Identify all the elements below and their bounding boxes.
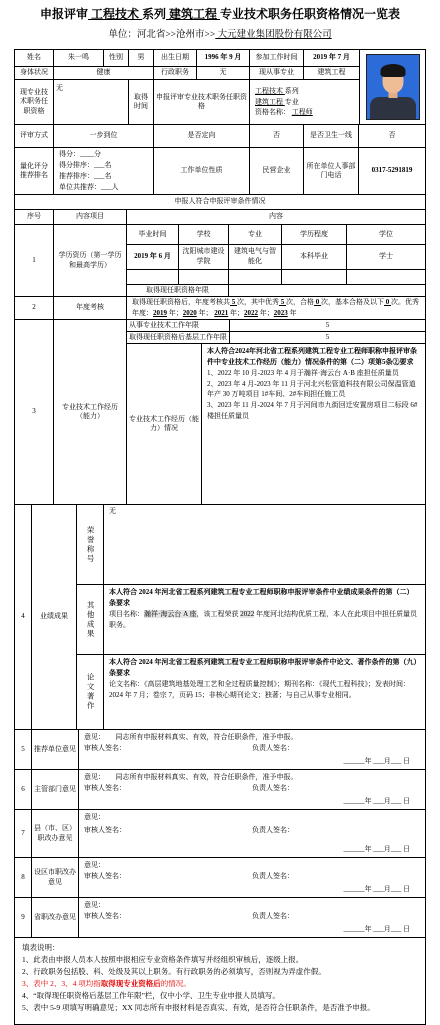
honor-row: 荣誉称号 无 [77, 505, 425, 585]
admin-duty-value: 无 [197, 67, 250, 80]
leader-signature-label: 负责人签名： [252, 911, 294, 922]
paper-label-text: 论文著作 [85, 673, 95, 711]
work-years-label: 从事专业技术工作年限 [127, 320, 230, 332]
note-line-1: 1、此表由申报人员本人按照申报相应专业资格条件填写并经组织审核后，逐级上报。 [22, 954, 418, 966]
reviewer-signature-label: 审核人签名： [84, 871, 252, 882]
edu-h-major: 专业 [229, 225, 282, 245]
achievements-item-label: 业绩成果 [32, 505, 77, 730]
other-achievements-statement: 本人符合 2024 年河北省工程系列建筑工程专业工程师职称申报评审条件中业绩成果… [109, 587, 420, 609]
achievements-row: 4 业绩成果 荣誉称号 无 其他成果 本人符合 2024 年河北省工程系列建筑工… [15, 505, 425, 730]
experience-no: 3 [15, 320, 54, 505]
id-photo-cell [360, 50, 425, 125]
quant-recommend-rank-blank: 推荐排序：___名 [59, 171, 148, 182]
experience-item-3: 3、2023 年 11 月-2024 年 7 月于河间市九街回迁安置房项目二标段… [207, 400, 420, 422]
note-line-2: 2、行政职务包括股、科、处级及其以上职务。有行政职务的必须填写，否则视为弄虚作假… [22, 966, 418, 978]
review-mode-row: 评审方式 一步到位 是否定向 否 是否卫生一线 否 [15, 125, 425, 148]
opinion-text: 意见： [84, 812, 420, 823]
id-photo [366, 54, 420, 120]
opinion-text: 意见： [84, 900, 420, 911]
other-achievements-detail: 项目名称：瀚祥·海云台 A 座，该工程荣获 2022 年度河北结构优质工程，本人… [109, 609, 420, 631]
opinion-row-province-office: 9 省职改办意见 意见： 审核人签名： 负责人签名： ______年 ___月_… [15, 898, 425, 938]
work-years-value: 5 [230, 320, 425, 332]
edu-h-grad-time: 毕业时间 [127, 225, 179, 245]
other-achievements-label: 其他成果 [77, 585, 104, 655]
experience-item-1: 1、2022 年 10 月-2023 年 4 月于瀚祥·海云台 A·B 座担任质… [207, 368, 420, 379]
education-subtable: 毕业时间 学校 专业 学历程度 学位 2019 年 6 月 沈阳城市建设学院 建… [127, 225, 425, 297]
date-blank: ______年 ___月___ 日 [84, 924, 420, 935]
notes-box: 填表说明： 1、此表由申报人员本人按照申报相应专业资格条件填写并经组织审核后，逐… [15, 938, 425, 1024]
paper-statement: 本人符合 2024 年河北省工程系列建筑工程专业工程师职称申报评审条件中论文、著… [109, 657, 420, 679]
directional-label: 是否定向 [154, 125, 250, 148]
health-front-label: 是否卫生一线 [304, 125, 359, 148]
gender-label: 性别 [104, 50, 129, 67]
signature-line: 审核人签名： 负责人签名： [84, 743, 420, 754]
basic-row-2: 身体状况 健康 行政职务 无 现从事专业 建筑工程 [15, 67, 360, 80]
current-title-value: 无 [54, 80, 129, 125]
unit-line: 单位：河北省>>沧州市>> 大元建业集团股份有限公司 [14, 29, 426, 42]
opinion-content: 意见： 审核人签名： 负责人签名： ______年 ___月___ 日 [79, 810, 425, 858]
paper-detail: 论文名称：《高层建筑地基处理工艺和全过程质量控制》；期刊名称：《现代工程科技》；… [109, 679, 420, 701]
basic-row-1: 姓名 朱一鸣 性别 男 出生日期 1996 年 9 月 参加工作时间 2019 … [15, 50, 360, 67]
col-item-header: 内容项目 [54, 210, 127, 225]
current-major-value: 建筑工程 [304, 67, 360, 80]
work-years-row: 从事专业技术工作年限 5 [127, 320, 425, 332]
date-blank: ______年 ___月___ 日 [84, 844, 420, 855]
edu-empty-cell [127, 270, 179, 285]
experience-detail-content: 本人符合2024年河北省工程系列建筑工程专业工程师职称申报评审条件中专业技术工作… [202, 344, 425, 505]
annual-review-text: 取得现任职资格后，年度考核共 5 次，其中优秀 5 次，合格 0 次，基本合格及… [127, 297, 425, 320]
leader-signature-label: 负责人签名： [252, 871, 294, 882]
leader-signature-label: 负责人签名： [252, 783, 294, 794]
experience-row: 3 专业技术工作经历（能力） 从事专业技术工作年限 5 取得现任职资格后基层工作… [15, 320, 425, 505]
qual-years-label: 取得现任职资格年限 [127, 285, 229, 297]
opinion-content: 意见： 同志所有申报材料真实、有效，符合任职条件，准予申报。 审核人签名： 负责… [79, 770, 425, 810]
main-table: 姓名 朱一鸣 性别 男 出生日期 1996 年 9 月 参加工作时间 2019 … [14, 49, 426, 1025]
paper-content: 本人符合 2024 年河北省工程系列建筑工程专业工程师职称申报评审条件中论文、著… [104, 655, 425, 730]
employer-type-value: 民营企业 [250, 148, 304, 195]
quant-score-row: 量化评分推荐排名 得分：____分 得分排序：___名 推荐排序：___名 单位… [15, 148, 425, 195]
basic-row-3: 现专业技术职务任职资格 无 取得时间 申报评审专业技术职务任职资格 工程技术 系… [15, 80, 360, 125]
reviewer-signature-label: 审核人签名： [84, 743, 252, 754]
signature-line: 审核人签名： 负责人签名： [84, 871, 420, 882]
opinion-content: 意见： 同志所有申报材料真实、有效，符合任职条件，准予申报。 审核人签名： 负责… [79, 730, 425, 770]
reviewer-signature-label: 审核人签名： [84, 911, 252, 922]
edu-empty-cell [282, 270, 347, 285]
education-no: 1 [15, 225, 54, 297]
health-value: 健康 [54, 67, 154, 80]
opinion-row-recommending-unit: 5 推荐单位意见 意见： 同志所有申报材料真实、有效，符合任职条件，准予申报。 … [15, 730, 425, 770]
work-start-label: 参加工作时间 [250, 50, 304, 67]
hr-phone-value: 0317-5291819 [359, 148, 425, 195]
review-mode-label: 评审方式 [15, 125, 54, 148]
health-label: 身体状况 [15, 67, 54, 80]
quant-score-blank: 得分：____分 [59, 149, 148, 160]
gender-value: 男 [129, 50, 154, 67]
grassroots-years-row: 取得现任职资格后基层工作年限 5 [127, 332, 425, 344]
leader-signature-label: 负责人签名： [252, 743, 294, 754]
opinion-label: 设区市职改办意见 [32, 858, 79, 898]
education-row: 1 学历资历（第一学历和最高学历） 毕业时间 学校 专业 学历程度 学位 201… [15, 225, 425, 297]
experience-subtable: 从事专业技术工作年限 5 取得现任职资格后基层工作年限 5 专业技术工作经历（能… [127, 320, 425, 505]
leader-signature-label: 负责人签名： [252, 825, 294, 836]
reviewer-signature-label: 审核人签名： [84, 825, 252, 836]
achievements-no: 4 [15, 505, 32, 730]
annual-review-no: 2 [15, 297, 54, 320]
apply-series: 工程技术 系列 [255, 86, 354, 97]
opinion-label: 推荐单位意见 [32, 730, 79, 770]
other-achievements-content: 本人符合 2024 年河北省工程系列建筑工程专业工程师职称申报评审条件中业绩成果… [104, 585, 425, 655]
signature-line: 审核人签名： 负责人签名： [84, 911, 420, 922]
honor-value: 无 [104, 505, 425, 585]
achievements-subtable: 荣誉称号 无 其他成果 本人符合 2024 年河北省工程系列建筑工程专业工程师职… [77, 505, 425, 730]
hr-phone-label: 所在单位人事部门电话 [304, 148, 359, 195]
directional-value: 否 [250, 125, 304, 148]
name-value: 朱一鸣 [54, 50, 104, 67]
apply-title-label: 申报评审专业技术职务任职资格 [154, 80, 250, 125]
health-front-value: 否 [359, 125, 425, 148]
opinion-label: 县（市、区）职改办意见 [32, 810, 79, 858]
qual-years-row: 取得现任职资格年限 [127, 285, 425, 297]
date-blank: ______年 ___月___ 日 [84, 884, 420, 895]
apply-major: 建筑工程 专业 [255, 97, 354, 108]
conditions-col-header: 序号 内容项目 内容 [15, 210, 425, 225]
experience-detail-label: 专业技术工作经历（能力）情况 [127, 344, 202, 505]
notes-title: 填表说明： [22, 942, 418, 954]
col-no-header: 序号 [15, 210, 54, 225]
admin-duty-label: 行政职务 [154, 67, 197, 80]
name-label: 姓名 [15, 50, 54, 67]
annual-review-row: 2 年度考核 取得现任职资格后，年度考核共 5 次，其中优秀 5 次，合格 0 … [15, 297, 425, 320]
other-achievements-label-text: 其他成果 [85, 601, 95, 639]
edu-grad-time: 2019 年 6 月 [127, 245, 179, 270]
notes-row: 填表说明： 1、此表由申报人员本人按照申报相应专业资格条件填写并经组织审核后，逐… [15, 938, 425, 1024]
education-header-row: 毕业时间 学校 专业 学历程度 学位 [127, 225, 425, 245]
opinion-text: 意见： 同志所有申报材料真实、有效，符合任职条件，准予申报。 [84, 772, 420, 783]
current-major-label: 现从事专业 [250, 67, 304, 80]
opinion-text: 意见： [84, 860, 420, 871]
current-title-label: 现专业技术职务任职资格 [15, 80, 54, 125]
basic-left-block: 姓名 朱一鸣 性别 男 出生日期 1996 年 9 月 参加工作时间 2019 … [15, 50, 360, 125]
paper-label: 论文著作 [77, 655, 104, 730]
edu-school: 沈阳城市建设学院 [179, 245, 229, 270]
reviewer-signature-label: 审核人签名： [84, 783, 252, 794]
note-line-4: 4、“取得现任职资格后基层工作年限”栏，仅中小学、卫生专业申报人员填写。 [22, 990, 418, 1002]
photo-torso [370, 97, 416, 120]
edu-degree: 学士 [347, 245, 425, 270]
grassroots-years-label: 取得现任职资格后基层工作年限 [127, 332, 230, 344]
apply-qual-name: 资格名称： 工程师 [255, 107, 354, 118]
paper-row: 论文著作 本人符合 2024 年河北省工程系列建筑工程专业工程师职称申报评审条件… [77, 655, 425, 730]
edu-empty-cell [347, 270, 425, 285]
honor-label: 荣誉称号 [77, 505, 104, 585]
education-value-row: 2019 年 6 月 沈阳城市建设学院 建筑电气与智能化 本科毕业 学士 [127, 245, 425, 270]
quant-blanks: 得分：____分 得分排序：___名 推荐排序：___名 单位共推荐：___人 [54, 148, 154, 195]
note-line-5: 5、表中 5-9 项填写明确意见；XX 同志所有申报材料是否真实、有效，是否符合… [22, 1002, 418, 1014]
opinion-text: 意见： 同志所有申报材料真实、有效，符合任职条件，准予申报。 [84, 732, 420, 743]
conditions-section-title: 申报人符合申报评审条件情况 [15, 195, 425, 210]
qualification-form-document: 申报评审 工程技术 系列 建筑工程 专业技术职务任职资格情况一览表 单位：河北省… [14, 6, 426, 1025]
experience-item-2: 2、2023 年 4 月-2023 年 11 月于河北兴松管道科技有限公司保温管… [207, 379, 420, 401]
opinion-label: 主管部门意见 [32, 770, 79, 810]
edu-major: 建筑电气与智能化 [229, 245, 282, 270]
experience-statement: 本人符合2024年河北省工程系列建筑工程专业工程师职称申报评审条件中专业技术工作… [207, 346, 420, 368]
quant-score-rank-blank: 得分排序：___名 [59, 160, 148, 171]
conditions-section-header: 申报人符合申报评审条件情况 [15, 195, 425, 210]
edu-h-degree-level: 学历程度 [282, 225, 347, 245]
opinion-label: 省职改办意见 [32, 898, 79, 938]
photo-hair [380, 64, 405, 77]
qual-years-value [229, 285, 425, 297]
opinion-content: 意见： 审核人签名： 负责人签名： ______年 ___月___ 日 [79, 858, 425, 898]
education-item-label: 学历资历（第一学历和最高学历） [54, 225, 127, 297]
employer-type-label: 工作单位性质 [154, 148, 250, 195]
edu-degree-level: 本科毕业 [282, 245, 347, 270]
edu-h-school: 学校 [179, 225, 229, 245]
annual-review-paragraph: 取得现任职资格后，年度考核共 5 次，其中优秀 5 次，合格 0 次，基本合格及… [132, 297, 420, 319]
edu-h-degree: 学位 [347, 225, 425, 245]
signature-line: 审核人签名： 负责人签名： [84, 783, 420, 794]
education-empty-row [127, 270, 425, 285]
page-title: 申报评审 工程技术 系列 建筑工程 专业技术职务任职资格情况一览表 [14, 6, 426, 23]
date-blank: ______年 ___月___ 日 [84, 756, 420, 767]
note-line-3: 3、表中 2、3、4 项均指取得现专业资格后的情况。 [22, 978, 418, 990]
edu-empty-cell [229, 270, 282, 285]
col-content-header: 内容 [127, 210, 425, 225]
signature-line: 审核人签名： 负责人签名： [84, 825, 420, 836]
honor-label-text: 荣誉称号 [85, 526, 95, 564]
opinion-row-county-office: 7 县（市、区）职改办意见 意见： 审核人签名： 负责人签名： ______年 … [15, 810, 425, 858]
opinion-no: 5 [15, 730, 32, 770]
opinion-no: 7 [15, 810, 32, 858]
experience-item-label: 专业技术工作经历（能力） [54, 320, 127, 505]
annual-review-item-label: 年度考核 [54, 297, 127, 320]
birth-label: 出生日期 [154, 50, 197, 67]
opinion-row-competent-dept: 6 主管部门意见 意见： 同志所有申报材料真实、有效，符合任职条件，准予申报。 … [15, 770, 425, 810]
opinion-no: 8 [15, 858, 32, 898]
birth-value: 1996 年 9 月 [197, 50, 250, 67]
opinion-no: 6 [15, 770, 32, 810]
basic-info-block: 姓名 朱一鸣 性别 男 出生日期 1996 年 9 月 参加工作时间 2019 … [15, 50, 425, 125]
opinion-row-city-office: 8 设区市职改办意见 意见： 审核人签名： 负责人签名： ______年 ___… [15, 858, 425, 898]
obtain-time-label: 取得时间 [129, 80, 154, 125]
edu-empty-cell [179, 270, 229, 285]
experience-detail-row: 专业技术工作经历（能力）情况 本人符合2024年河北省工程系列建筑工程专业工程师… [127, 344, 425, 505]
quant-total-blank: 单位共推荐：___人 [59, 182, 148, 193]
review-mode-value: 一步到位 [54, 125, 154, 148]
other-achievements-row: 其他成果 本人符合 2024 年河北省工程系列建筑工程专业工程师职称申报评审条件… [77, 585, 425, 655]
date-blank: ______年 ___月___ 日 [84, 796, 420, 807]
quant-label: 量化评分推荐排名 [15, 148, 54, 195]
grassroots-years-value: 5 [230, 332, 425, 344]
apply-title-value: 工程技术 系列 建筑工程 专业 资格名称： 工程师 [250, 80, 360, 125]
opinion-content: 意见： 审核人签名： 负责人签名： ______年 ___月___ 日 [79, 898, 425, 938]
opinion-no: 9 [15, 898, 32, 938]
work-start-value: 2019 年 7 月 [304, 50, 360, 67]
